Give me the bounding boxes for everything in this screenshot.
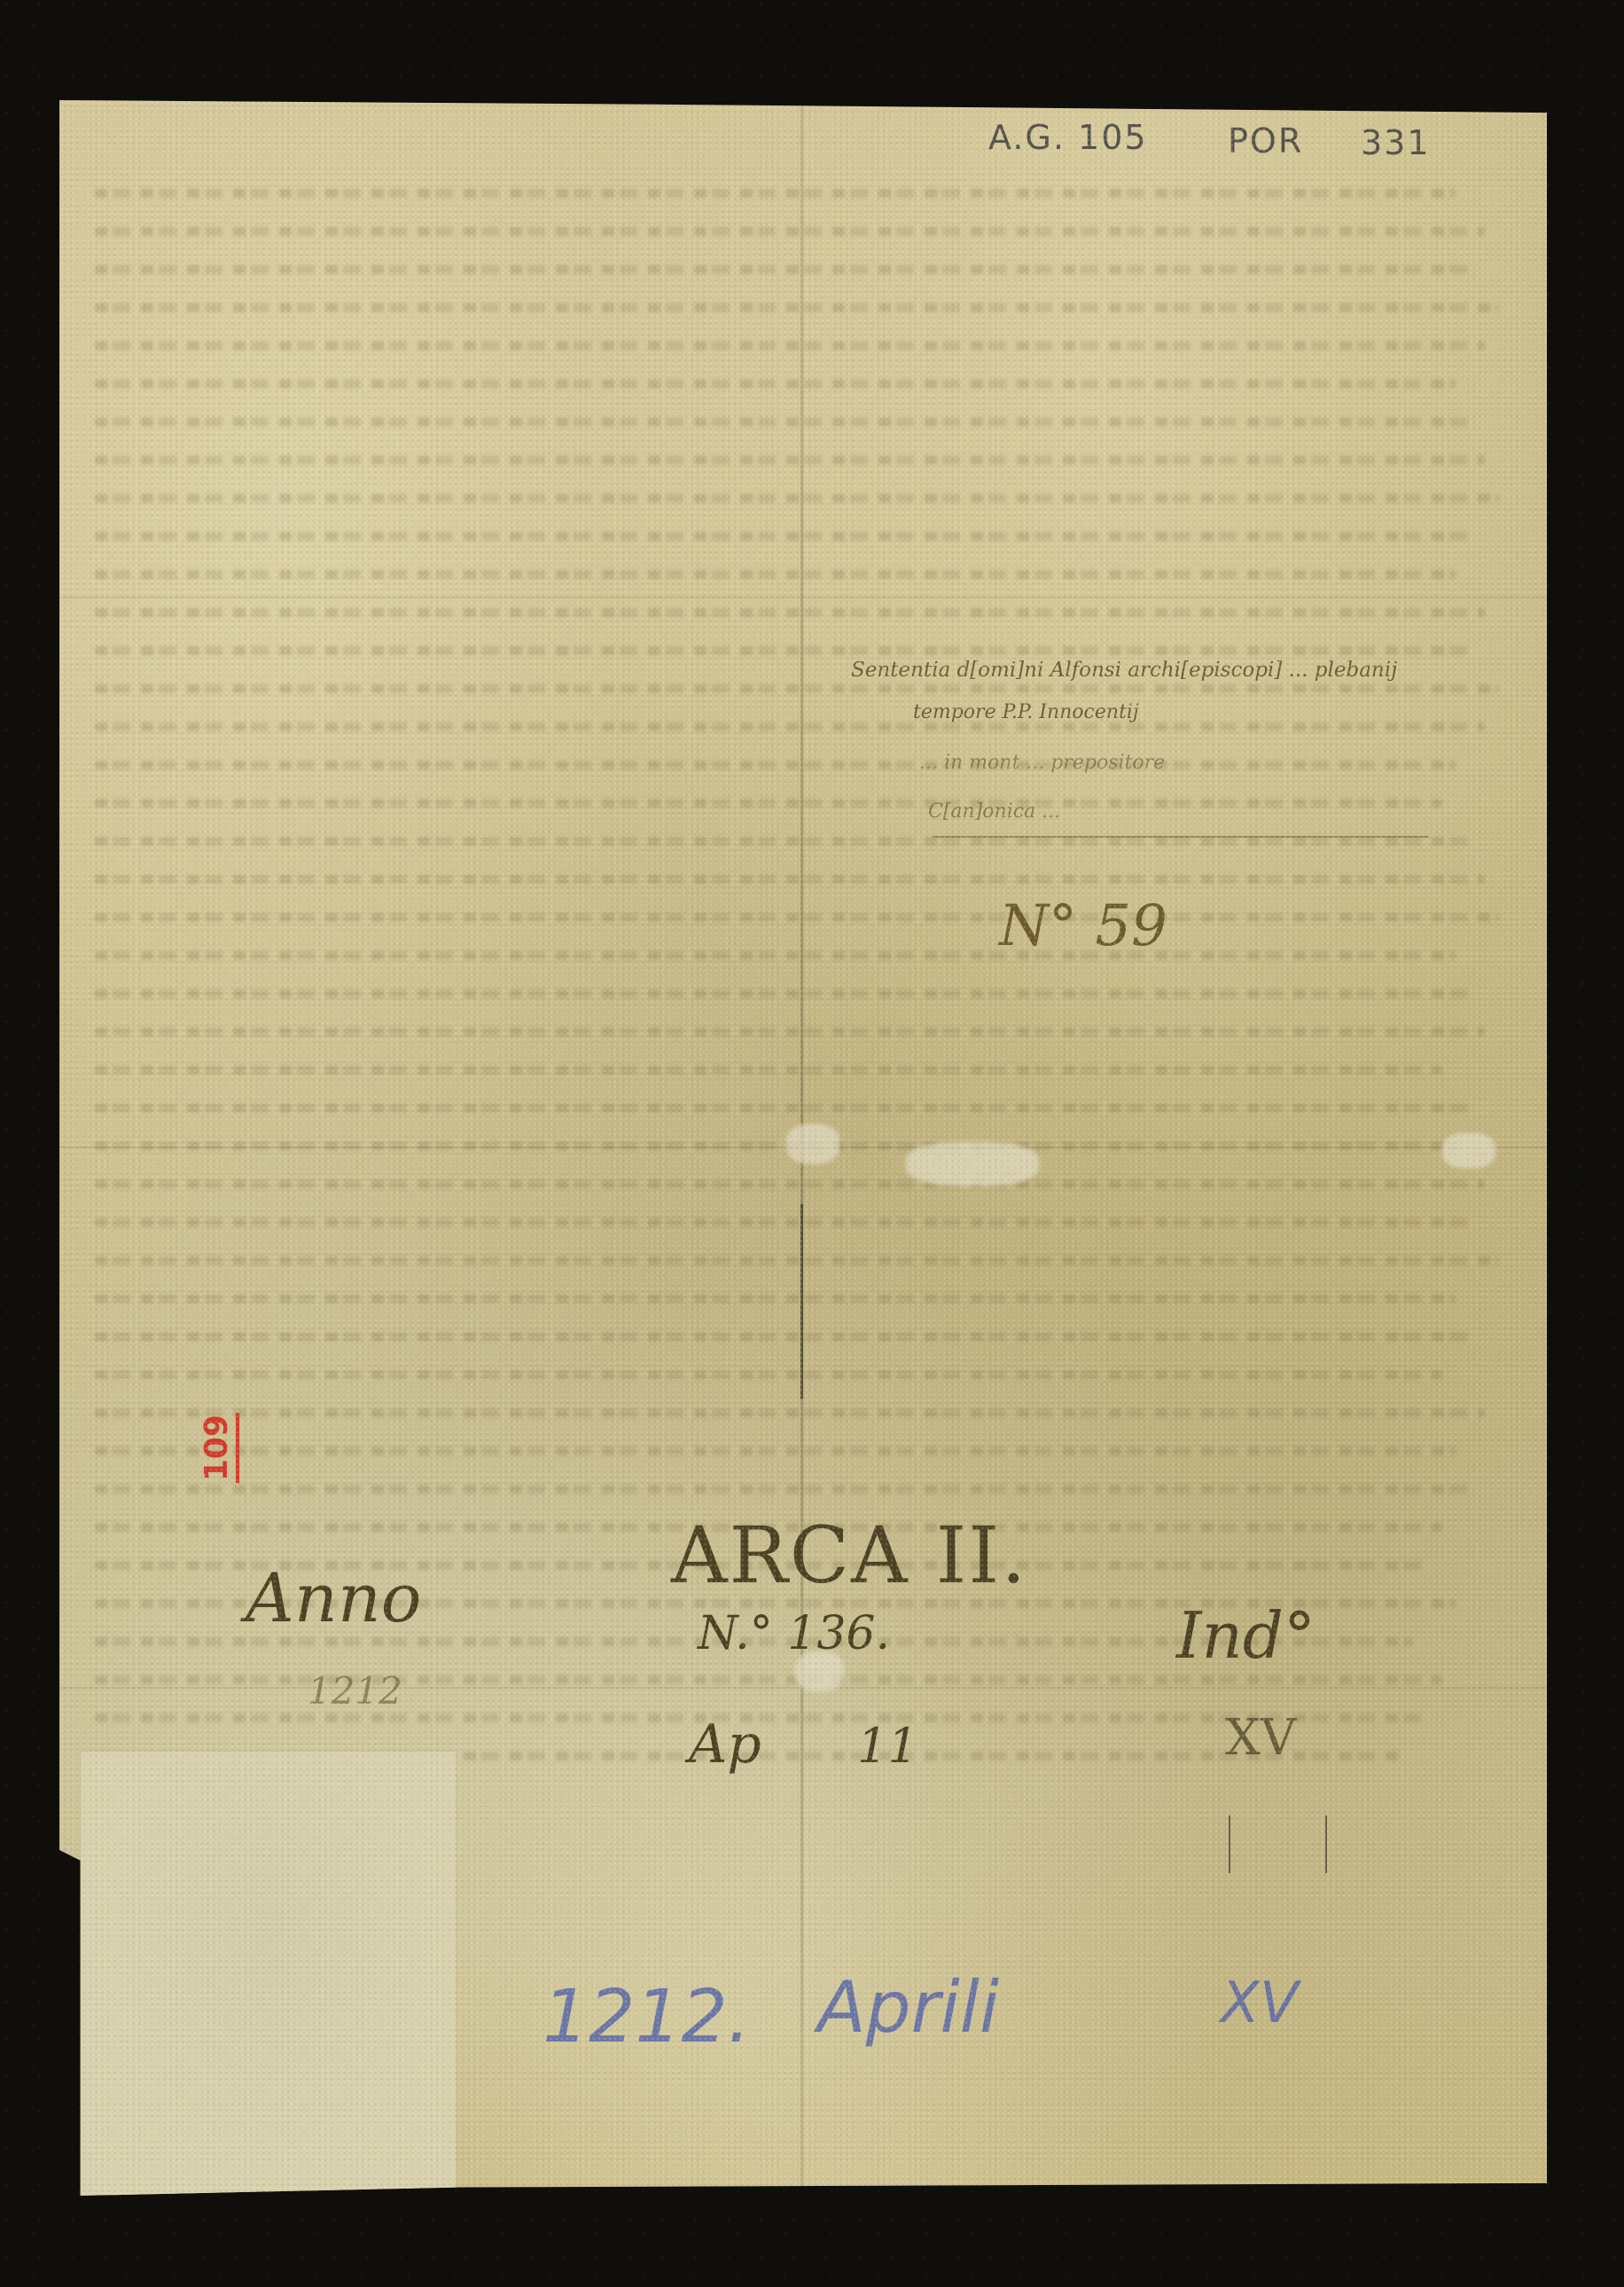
bleed-line [95, 608, 1485, 617]
bleed-line [95, 1675, 1442, 1684]
bleed-line [95, 418, 1471, 426]
arca-day: 11 [857, 1718, 918, 1774]
bleed-line [95, 1447, 1456, 1456]
bleed-line [95, 570, 1456, 579]
bleed-line [95, 646, 1471, 655]
bleed-line [95, 1027, 1485, 1036]
bleed-line [95, 341, 1485, 350]
medieval-note-line1: Sententia d[omi]ni Alfonsi archi[episcop… [851, 659, 1397, 682]
pencil-tick-left [1229, 1815, 1230, 1873]
bleed-line [95, 913, 1499, 922]
bleed-line [95, 1332, 1471, 1341]
blue-pencil-month: Aprili [817, 1966, 999, 2049]
red-archive-stamp: 109 [201, 1413, 239, 1483]
abrasion-spot [906, 1142, 1039, 1186]
shelfmark-left: A.G. 105 [988, 118, 1148, 157]
pencil-tick-right [1325, 1815, 1327, 1873]
bleed-line [95, 761, 1456, 769]
bleed-line [95, 1256, 1499, 1265]
bleed-line [95, 951, 1456, 960]
arca-number: N.° 136. [698, 1607, 890, 1660]
bleed-line [95, 684, 1499, 693]
bleed-line [95, 1370, 1442, 1379]
bleed-line [95, 532, 1471, 541]
abrasion-spot [786, 1124, 839, 1164]
medieval-note-line2: tempore P.P. Innocentij [913, 701, 1139, 723]
shelfmark-middle: POR [1228, 121, 1303, 160]
number-mark: N° 59 [999, 894, 1167, 959]
shelfmark-right: 331 [1361, 123, 1431, 162]
anno-label: Anno [246, 1558, 422, 1637]
bleed-line [95, 722, 1485, 731]
medieval-note-line3: ... in mont ... prepositore [919, 752, 1165, 774]
bleed-line [95, 303, 1499, 312]
medieval-note-underline [933, 836, 1429, 838]
bleed-line [95, 1104, 1471, 1112]
bleed-line [95, 1294, 1456, 1303]
arca-month: Ap [689, 1713, 761, 1776]
bleed-line [95, 265, 1471, 274]
bleed-line [95, 989, 1471, 998]
blue-pencil-value: XV [1221, 1971, 1299, 2036]
bleed-line [95, 1409, 1485, 1417]
paper-repair-patch [80, 1751, 457, 2196]
indiction-value: XV [1225, 1709, 1296, 1767]
bleed-line [95, 837, 1471, 846]
bleed-line [95, 799, 1442, 808]
bleed-line [95, 189, 1456, 198]
bleed-line [95, 456, 1485, 464]
bleed-line [95, 227, 1485, 236]
parchment-sheet: A.G. 105 POR 331 Sententia d[omi]ni Alfo… [59, 100, 1547, 2196]
bleed-line [95, 1218, 1471, 1227]
bleed-line [95, 494, 1499, 503]
fold-crease-dark [800, 1204, 803, 1399]
bleed-line [95, 875, 1485, 884]
anno-year: 1212 [308, 1669, 402, 1713]
abrasion-spot [1442, 1133, 1495, 1168]
bleed-line [95, 1180, 1485, 1189]
blue-pencil-year: 1212. [543, 1975, 751, 2059]
bleed-line [95, 379, 1456, 388]
bleed-line [95, 1065, 1442, 1074]
bleed-line [95, 1485, 1471, 1494]
horizontal-fold-line [59, 597, 1547, 598]
arca-label: ARCA II. [671, 1510, 1027, 1601]
medieval-note-line4: C[an]onica ... [928, 800, 1060, 823]
indiction-label: Ind° [1176, 1598, 1316, 1673]
